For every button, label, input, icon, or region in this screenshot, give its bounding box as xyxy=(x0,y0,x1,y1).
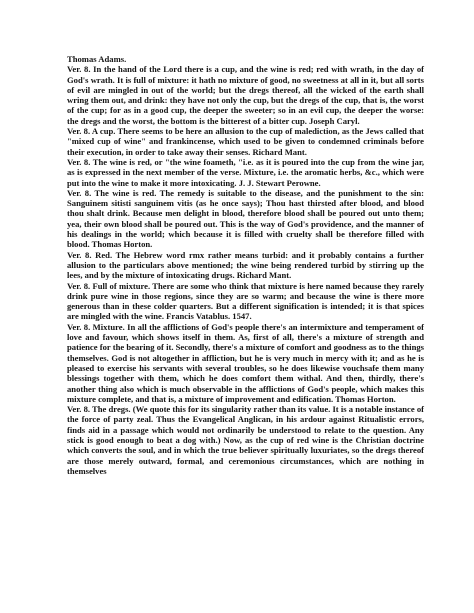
author-heading: Thomas Adams. xyxy=(67,54,424,64)
paragraph-mant-red: Ver. 8. Red. The Hebrew word rmx rather … xyxy=(67,250,424,281)
paragraph-dregs: Ver. 8. The dregs. (We quote this for it… xyxy=(67,404,424,476)
paragraph-mant-cup: Ver. 8. A cup. There seems to be here an… xyxy=(67,126,424,157)
text-block: Thomas Adams.Ver. 8. In the hand of the … xyxy=(67,54,424,476)
paragraph-perowne: Ver. 8. The wine is red, or "the wine fo… xyxy=(67,157,424,188)
paragraph-caryl: Ver. 8. In the hand of the Lord there is… xyxy=(67,64,424,126)
paragraph-horton-mixture: Ver. 8. Mixture. In all the afflictions … xyxy=(67,322,424,404)
paragraph-vatablus: Ver. 8. Full of mixture. There are some … xyxy=(67,281,424,322)
document-page: Thomas Adams.Ver. 8. In the hand of the … xyxy=(0,0,474,613)
paragraph-horton-wine: Ver. 8. The wine is red. The remedy is s… xyxy=(67,188,424,250)
